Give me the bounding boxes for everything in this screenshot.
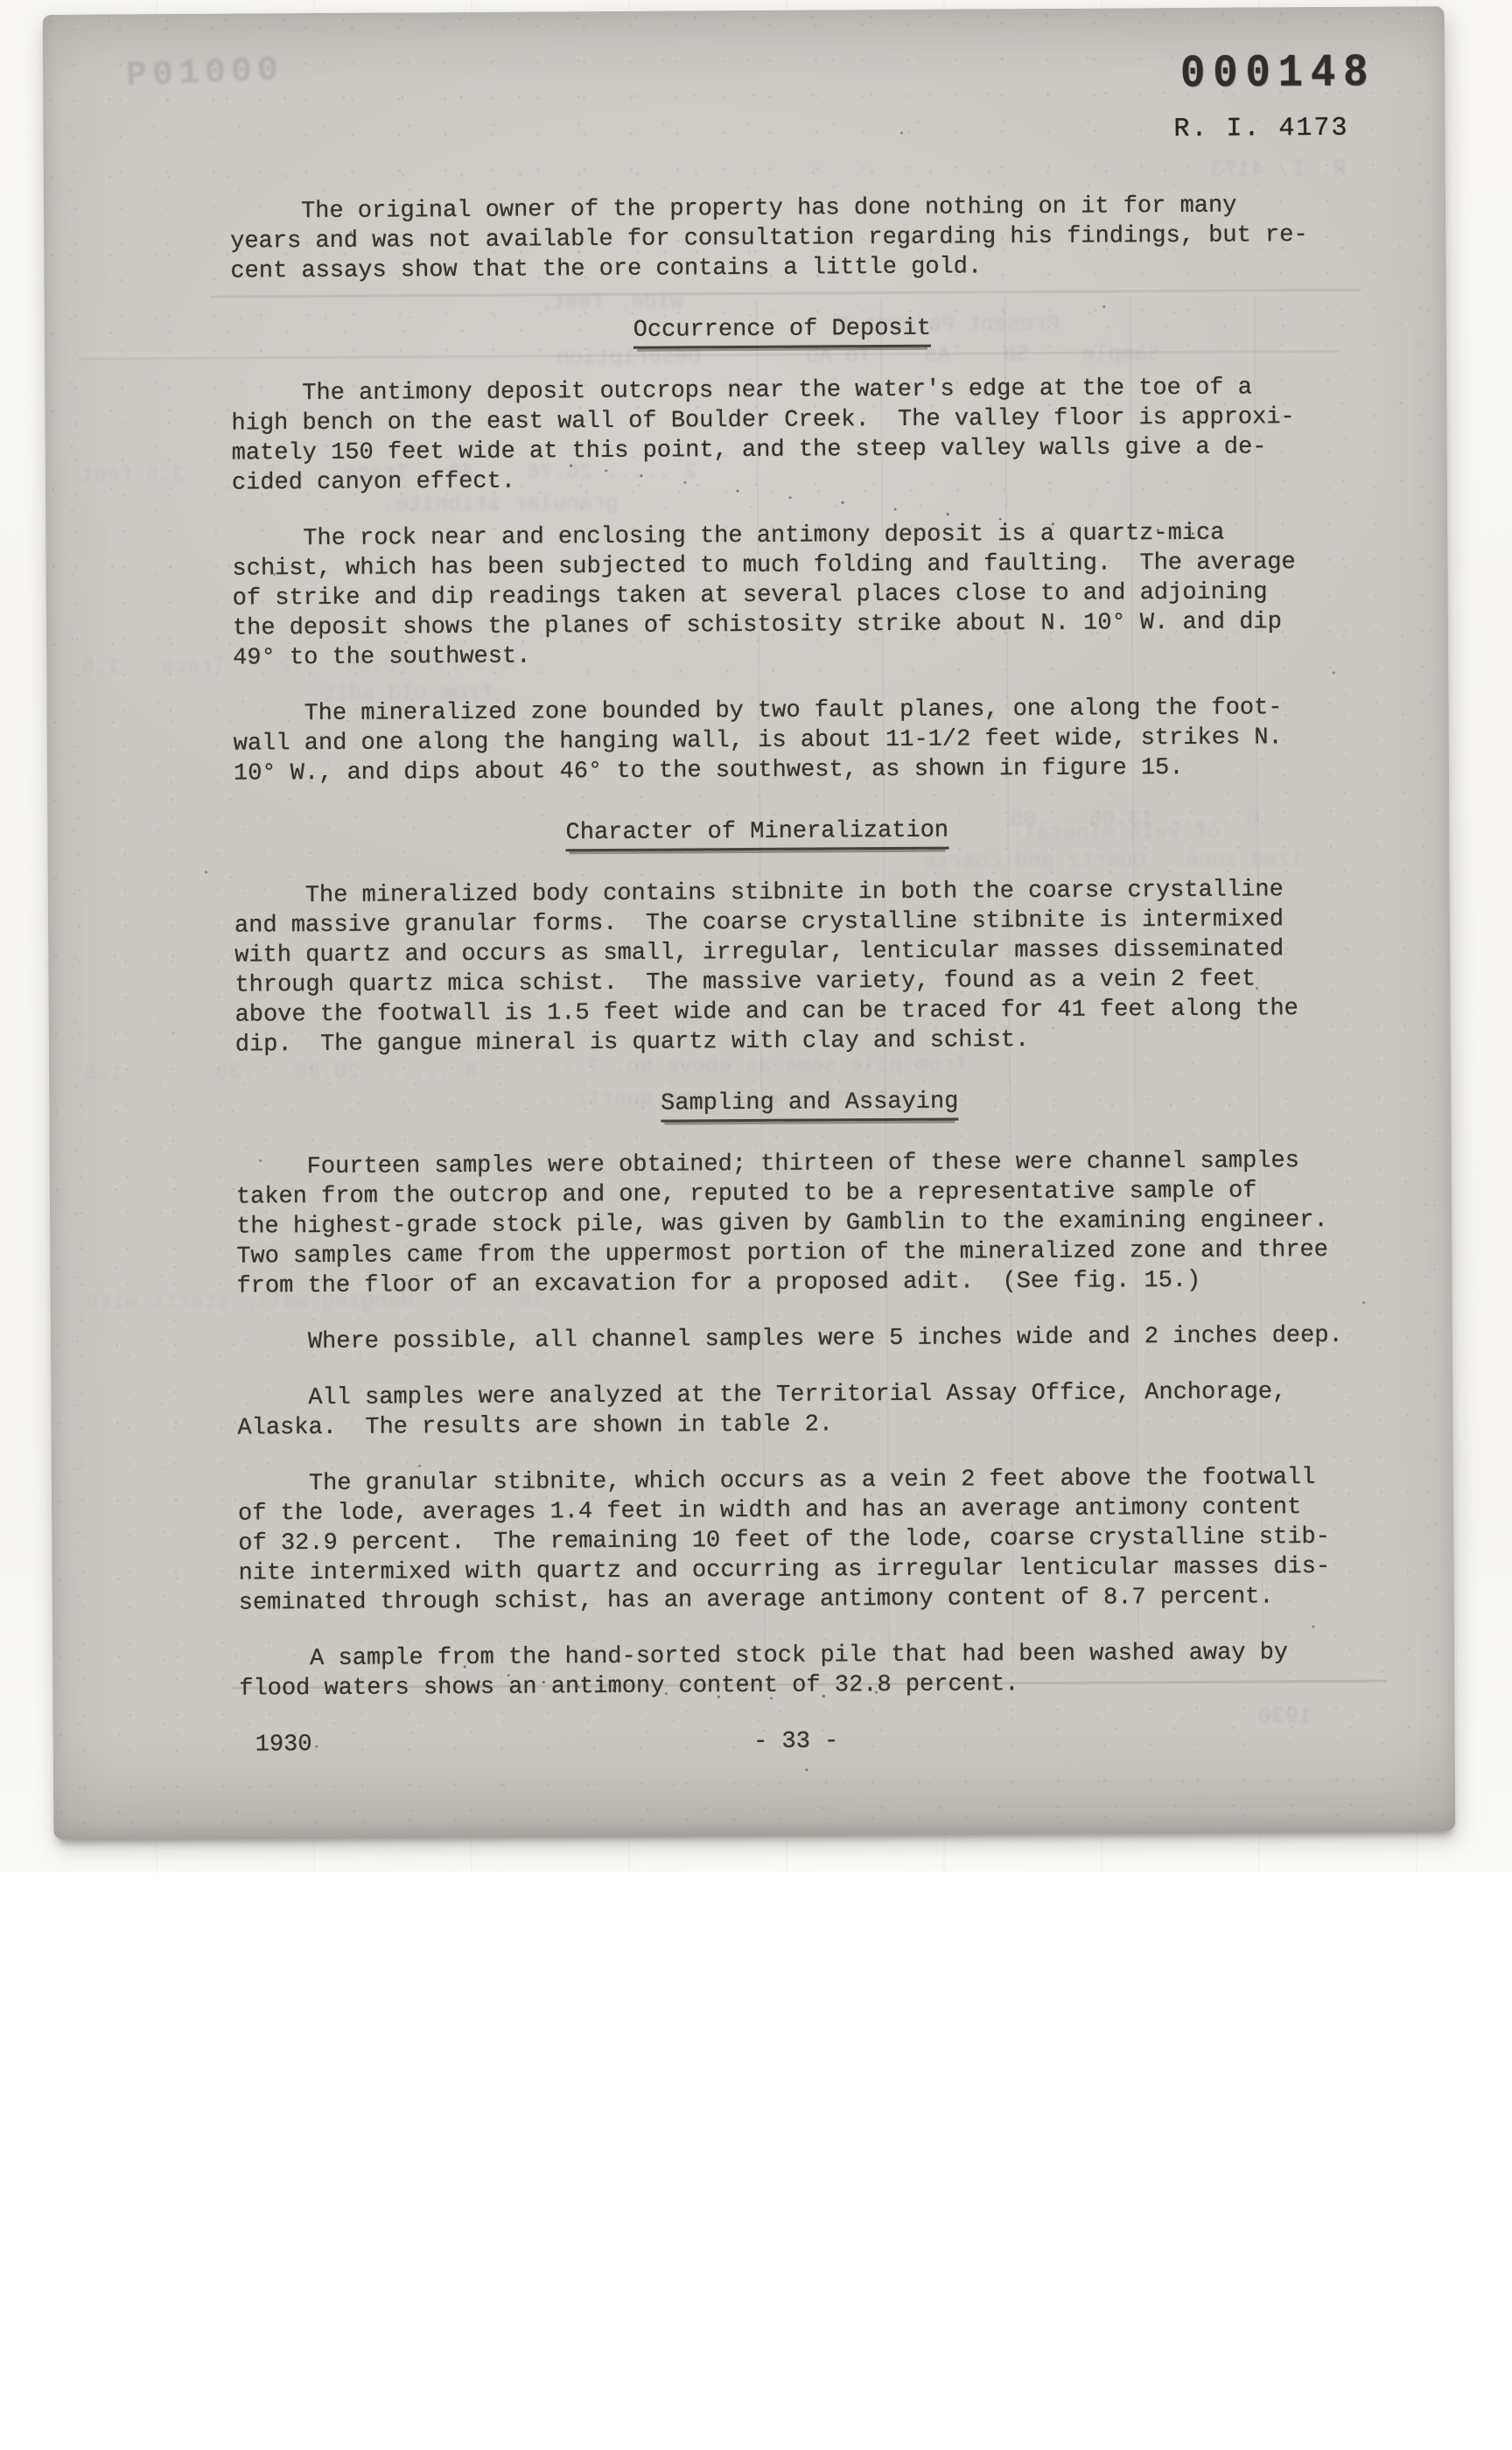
text-line: seminated through schist, has an average… xyxy=(239,1582,1352,1619)
text-line: Alaska. The results are shown in table 2… xyxy=(237,1407,1350,1444)
section-heading: Occurrence of Deposit xyxy=(231,311,1344,352)
document-number-stamp: 000148 xyxy=(1180,47,1376,101)
scan-margin xyxy=(0,1872,1512,2450)
text-line: cent assays show that the ore contains a… xyxy=(230,250,1343,287)
paragraph: The mineralized zone bounded by two faul… xyxy=(233,693,1347,789)
report-id: R. I. 4173 xyxy=(1173,114,1348,144)
bleedthrough-layer: R. I. 4173wide, feet,Present Percent PSa… xyxy=(43,6,1445,15)
paragraph: A sample from the hand-sorted stock pile… xyxy=(239,1638,1352,1704)
text-line: cided canyon effect. xyxy=(232,462,1345,499)
paragraph: The granular stibnite, which occurs as a… xyxy=(238,1463,1352,1619)
scanner-background: P01000 000148 R. I. 4173 R. I. 4173wide,… xyxy=(0,0,1512,1872)
section-heading-text: Character of Mineralization xyxy=(566,816,949,852)
text-line: Where possible, all channel samples were… xyxy=(237,1321,1350,1358)
dust-specks xyxy=(43,15,45,17)
page-footer: - 33 -1930 xyxy=(240,1724,1353,1760)
document-page: P01000 000148 R. I. 4173 R. I. 4173wide,… xyxy=(43,6,1456,1839)
section-heading-text: Sampling and Assaying xyxy=(661,1088,958,1123)
text-line: from the floor of an excavation for a pr… xyxy=(236,1265,1349,1302)
text-line: flood waters shows an antimony content o… xyxy=(239,1668,1352,1704)
section-heading: Character of Mineralization xyxy=(234,814,1347,854)
paragraph: The original owner of the property has d… xyxy=(230,191,1344,287)
section-heading: Sampling and Assaying xyxy=(235,1085,1348,1125)
ghost-bleedthrough-text: R. I. 4173 xyxy=(1210,156,1347,183)
text-line: 49° to the southwest. xyxy=(233,637,1346,674)
text-line: 10° W., and dips about 46° to the southw… xyxy=(234,752,1347,789)
paragraph: The mineralized body contains stibnite i… xyxy=(234,875,1348,1060)
paragraph: The antimony deposit outcrops near the w… xyxy=(231,373,1345,499)
text-line: dip. The gangue mineral is quartz with c… xyxy=(235,1024,1348,1060)
faint-stamp: P01000 xyxy=(125,51,284,96)
footer-year: 1930 xyxy=(255,1730,312,1760)
paragraph: Where possible, all channel samples were… xyxy=(237,1321,1350,1358)
document-body: The original owner of the property has d… xyxy=(230,191,1353,1760)
paragraph: All samples were analyzed at the Territo… xyxy=(237,1377,1350,1444)
paragraph: Fourteen samples were obtained; thirteen… xyxy=(236,1146,1350,1302)
footer-page-number: - 33 - xyxy=(240,1724,1353,1760)
section-heading-text: Occurrence of Deposit xyxy=(633,314,931,349)
paragraph: The rock near and enclosing the antimony… xyxy=(232,518,1346,674)
